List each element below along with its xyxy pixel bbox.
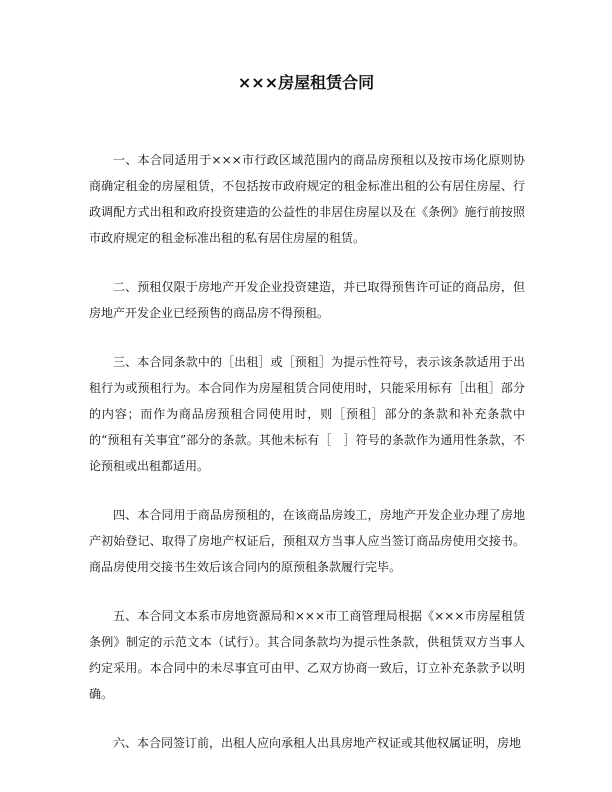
paragraph-4: 四、本合同用于商品房预租的，在该商品房竣工，房地产开发企业办理了房地产初始登记、… (89, 502, 525, 580)
paragraph-2: 二、预租仅限于房地产开发企业投资建造，并已取得预售许可证的商品房，但房地产开发企… (89, 274, 525, 326)
paragraph-3: 三、本合同条款中的［出租］或［预租］为提示性符号，表示该条款适用于出租行为或预租… (89, 349, 525, 479)
document-body: 一、本合同适用于×××市行政区域范围内的商品房预租以及按市场化原则协商确定租金的… (89, 147, 525, 779)
paragraph-1: 一、本合同适用于×××市行政区域范围内的商品房预租以及按市场化原则协商确定租金的… (89, 147, 525, 251)
paragraph-5: 五、本合同文本系市房地资源局和×××市工商管理局根据《×××市房屋租赁条例》制定… (89, 603, 525, 707)
document-title: ×××房屋租赁合同 (0, 70, 612, 93)
paragraph-6: 六、本合同签订前，出租人应向承租人出具房地产权证或其他权属证明，房地 (89, 730, 525, 756)
